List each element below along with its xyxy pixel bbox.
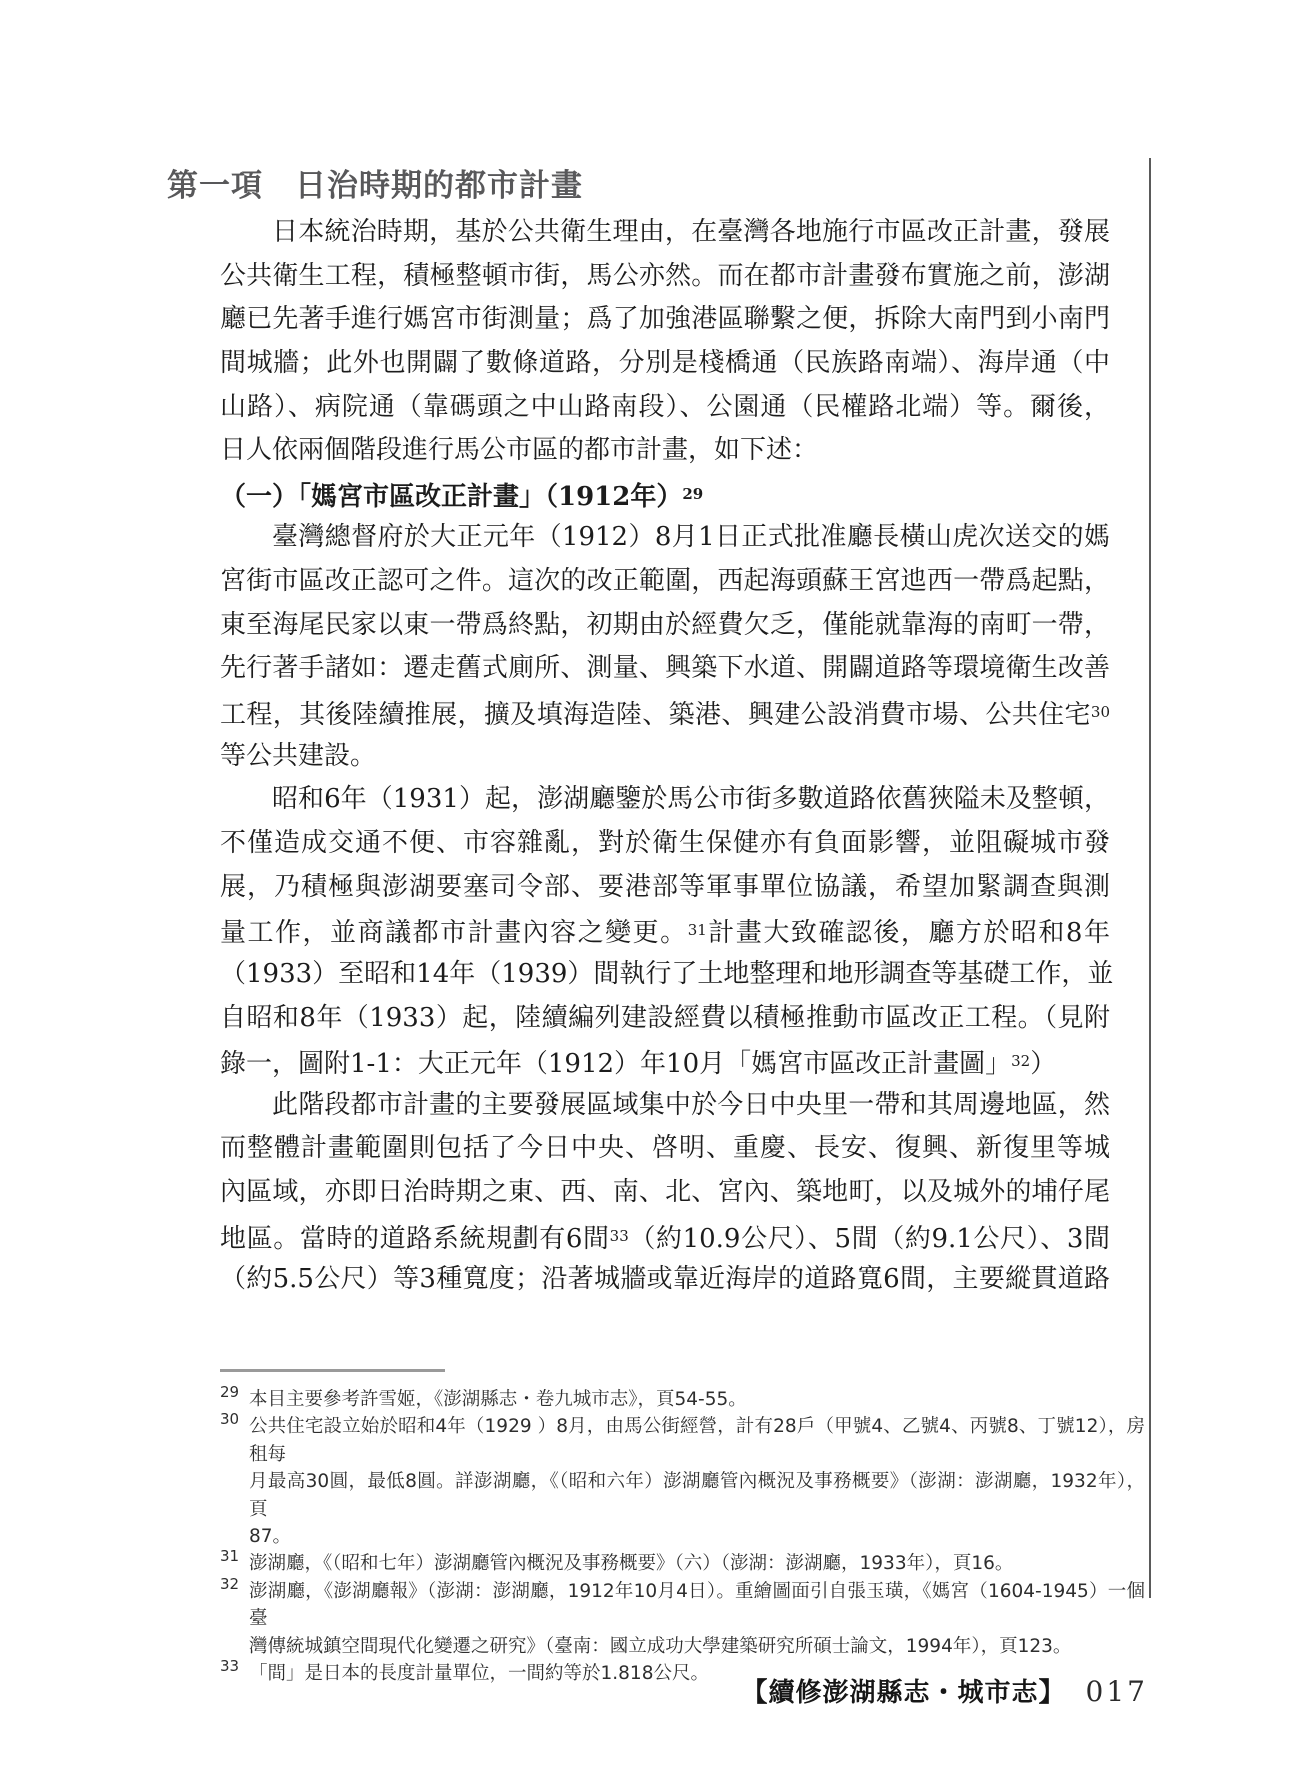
footnote: 31澎湖廳，《（昭和七年）澎湖廳管內概況及事務概要》（六）（澎湖：澎湖廳，193… bbox=[220, 1550, 1145, 1577]
footnote-line: 澎湖廳，《澎湖廳報》（澎湖：澎湖廳，1912年10月4日）。重繪圖面引自張玉璜，… bbox=[249, 1578, 1145, 1633]
body-line: 不僅造成交通不便、市容雜亂，對於衛生保健亦有負面影響，並阻礙城市發 bbox=[220, 822, 1110, 866]
body-line: 量工作，並商議都市計畫內容之變更。31計畫大致確認後，廳方於昭和8年 bbox=[220, 909, 1110, 953]
footnote-ref: 30 bbox=[1091, 703, 1110, 721]
body-line: 廳已先著手進行媽宮市街測量；爲了加強港區聯繫之便，拆除大南門到小南門 bbox=[220, 298, 1110, 342]
body-line: 間城牆；此外也開闢了數條道路，分別是棧橋通（民族路南端）、海岸通（中 bbox=[220, 342, 1110, 386]
body-line: 自昭和8年（1933）起，陸續編列建設經費以積極推動市區改正工程。（見附 bbox=[220, 997, 1110, 1041]
footnote-divider bbox=[220, 1369, 445, 1372]
body-line: 日人依兩個階段進行馬公市區的都市計畫，如下述： bbox=[220, 429, 1110, 473]
body-text: 日本統治時期，基於公共衛生理由，在臺灣各地施行市區改正計畫，發展公共衛生工程，積… bbox=[220, 211, 1110, 1302]
footnote-line: 本目主要參考許雪姬，《澎湖縣志・卷九城市志》，頁54-55。 bbox=[249, 1386, 1145, 1413]
footnote-number: 29 bbox=[220, 1383, 239, 1401]
footnote-ref: 33 bbox=[610, 1227, 629, 1245]
footnotes: 29本目主要參考許雪姬，《澎湖縣志・卷九城市志》，頁54-55。30公共住宅設立… bbox=[220, 1386, 1145, 1687]
document-page: 第一項 日治時期的都市計畫 日本統治時期，基於公共衛生理由，在臺灣各地施行市區改… bbox=[0, 0, 1300, 1778]
footnote-ref: 32 bbox=[1011, 1052, 1030, 1070]
body-line: 日本統治時期，基於公共衛生理由，在臺灣各地施行市區改正計畫，發展 bbox=[220, 211, 1110, 255]
footnote-number: 32 bbox=[220, 1575, 239, 1593]
footnote-line: 灣傳統城鎮空間現代化變遷之研究》（臺南：國立成功大學建築研究所碩士論文，1994… bbox=[249, 1633, 1145, 1660]
footnote-number: 33 bbox=[220, 1657, 239, 1675]
body-line: （1933）至昭和14年（1939）間執行了土地整理和地形調查等基礎工作，並 bbox=[220, 953, 1110, 997]
body-line: 地區。當時的道路系統規劃有6間33（約10.9公尺）、5間（約9.1公尺）、3間 bbox=[220, 1215, 1110, 1259]
footnote-ref: 31 bbox=[688, 921, 707, 939]
body-line: 山路）、病院通（靠碼頭之中山路南段）、公園通（民權路北端）等。爾後， bbox=[220, 386, 1110, 430]
footnote-line: 澎湖廳，《（昭和七年）澎湖廳管內概況及事務概要》（六）（澎湖：澎湖廳，1933年… bbox=[249, 1550, 1145, 1577]
body-line: 等公共建設。 bbox=[220, 735, 1110, 779]
footer-book-title: 【續修澎湖縣志・城市志】 bbox=[742, 1672, 1066, 1709]
body-line: 工程，其後陸續推展，擴及填海造陸、築港、興建公設消費市場、公共住宅30 bbox=[220, 691, 1110, 735]
footnote-line: 公共住宅設立始於昭和4年（1929 ）8月，由馬公街經營，計有28戶（甲號4、乙… bbox=[249, 1413, 1145, 1468]
footnote-ref: 29 bbox=[682, 485, 703, 503]
page-footer: 【續修澎湖縣志・城市志】 017 bbox=[742, 1672, 1148, 1709]
body-line: 而整體計畫範圍則包括了今日中央、啓明、重慶、長安、復興、新復里等城 bbox=[220, 1127, 1110, 1171]
footer-page-number: 017 bbox=[1086, 1675, 1148, 1708]
footnote: 32澎湖廳，《澎湖廳報》（澎湖：澎湖廳，1912年10月4日）。重繪圖面引自張玉… bbox=[220, 1578, 1145, 1660]
footnote-number: 30 bbox=[220, 1410, 239, 1428]
body-line: 臺灣總督府於大正元年（1912）8月1日正式批准廳長橫山虎次送交的媽 bbox=[220, 516, 1110, 560]
body-line: 東至海尾民家以東一帶爲終點，初期由於經費欠乏，僅能就靠海的南町一帶， bbox=[220, 604, 1110, 648]
body-line: 先行著手諸如：遷走舊式廁所、測量、興築下水道、開闢道路等環境衛生改善 bbox=[220, 647, 1110, 691]
footnote-line: 87。 bbox=[249, 1523, 1145, 1550]
footnote: 30公共住宅設立始於昭和4年（1929 ）8月，由馬公街經營，計有28戶（甲號4… bbox=[220, 1413, 1145, 1550]
body-line: 此階段都市計畫的主要發展區域集中於今日中央里一帶和其周邊地區，然 bbox=[220, 1084, 1110, 1128]
body-line: 宮街市區改正認可之件。這次的改正範圍，西起海頭蘇王宮迆西一帶爲起點， bbox=[220, 560, 1110, 604]
body-line: 昭和6年（1931）起，澎湖廳鑒於馬公市街多數道路依舊狹隘未及整頓， bbox=[220, 778, 1110, 822]
body-line: （約5.5公尺）等3種寬度；沿著城牆或靠近海岸的道路寬6間，主要縱貫道路 bbox=[220, 1258, 1110, 1302]
footnote-number: 31 bbox=[220, 1547, 239, 1565]
body-line: 內區域，亦即日治時期之東、西、南、北、宮內、築地町，以及城外的埔仔尾 bbox=[220, 1171, 1110, 1215]
section-heading: 第一項 日治時期的都市計畫 bbox=[167, 160, 583, 205]
margin-rule bbox=[1149, 158, 1151, 1598]
body-line: 展，乃積極與澎湖要塞司令部、要港部等軍事單位協議，希望加緊調查與測 bbox=[220, 866, 1110, 910]
body-line: 公共衛生工程，積極整頓市街，馬公亦然。而在都市計畫發布實施之前，澎湖 bbox=[220, 255, 1110, 299]
body-line: 錄一，圖附1-1：大正元年（1912）年10月「媽宮市區改正計畫圖」32） bbox=[220, 1040, 1110, 1084]
footnote-line: 月最高30圓，最低8圓。詳澎湖廳，《（昭和六年）澎湖廳管內概況及事務概要》（澎湖… bbox=[249, 1468, 1145, 1523]
body-line: （一）「媽宮市區改正計畫」（1912年）29 bbox=[220, 473, 1110, 517]
footnote: 29本目主要參考許雪姬，《澎湖縣志・卷九城市志》，頁54-55。 bbox=[220, 1386, 1145, 1413]
